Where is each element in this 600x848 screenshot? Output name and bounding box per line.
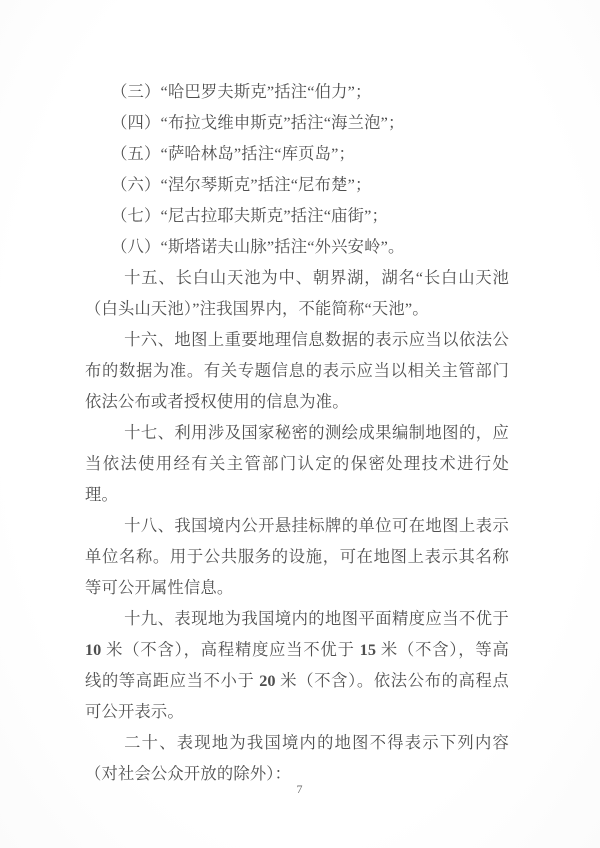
text-run: （六）“涅尔琴斯克”括注“尼布楚”； (111, 175, 371, 194)
list-item: （六）“涅尔琴斯克”括注“尼布楚”； (85, 169, 509, 200)
numeric-value: 15 (360, 640, 376, 659)
paragraph: 二十、表现地为我国境内的地图不得表示下列内容（对社会公众开放的除外）： (85, 727, 509, 789)
list-item: （三）“哈巴罗夫斯克”括注“伯力”； (85, 76, 509, 107)
text-run: 十九、表现地为我国境内的地图平面精度应当不优于 (124, 609, 509, 628)
numeric-value: 20 (259, 671, 275, 690)
paragraph: 十七、利用涉及国家秘密的测绘成果编制地图的，应当依法使用经有关主管部门认定的保密… (85, 417, 509, 510)
text-run: （三）“哈巴罗夫斯克”括注“伯力”； (111, 82, 371, 101)
list-item: （七）“尼古拉耶夫斯克”括注“庙街”； (85, 200, 509, 231)
paragraph: 十八、我国境内公开悬挂标牌的单位可在地图上表示单位名称。用于公共服务的设施，可在… (85, 510, 509, 603)
document-page: （三）“哈巴罗夫斯克”括注“伯力”；（四）“布拉戈维申斯克”括注“海兰泡”；（五… (0, 0, 600, 848)
paragraph: 十五、长白山天池为中、朝界湖，湖名“长白山天池（白头山天池）”注我国界内，不能简… (85, 262, 509, 324)
text-run: 二十、表现地为我国境内的地图不得表示下列内容（对社会公众开放的除外）： (85, 733, 509, 783)
text-run: （四）“布拉戈维申斯克”括注“海兰泡”； (111, 113, 404, 132)
list-item: （五）“萨哈林岛”括注“库页岛”； (85, 138, 509, 169)
text-run: （七）“尼古拉耶夫斯克”括注“庙街”； (111, 206, 388, 225)
text-run: 十六、地图上重要地理信息数据的表示应当以依法公布的数据为准。有关专题信息的表示应… (85, 330, 509, 411)
text-run: 米（不含），高程精度应当不优于 (101, 640, 359, 659)
numeric-value: 10 (85, 640, 101, 659)
paragraph: 十六、地图上重要地理信息数据的表示应当以依法公布的数据为准。有关专题信息的表示应… (85, 324, 509, 417)
text-run: 十七、利用涉及国家秘密的测绘成果编制地图的，应当依法使用经有关主管部门认定的保密… (85, 423, 509, 504)
page-number: 7 (0, 782, 600, 796)
list-item: （四）“布拉戈维申斯克”括注“海兰泡”； (85, 107, 509, 138)
text-run: 十五、长白山天池为中、朝界湖，湖名“长白山天池（白头山天池）”注我国界内，不能简… (85, 268, 509, 318)
text-run: （五）“萨哈林岛”括注“库页岛”； (111, 144, 355, 163)
document-body: （三）“哈巴罗夫斯克”括注“伯力”；（四）“布拉戈维申斯克”括注“海兰泡”；（五… (85, 76, 509, 789)
text-run: （八）“斯塔诺夫山脉”括注“外兴安岭”。 (111, 237, 404, 256)
list-item: （八）“斯塔诺夫山脉”括注“外兴安岭”。 (85, 231, 509, 262)
text-run: 十八、我国境内公开悬挂标牌的单位可在地图上表示单位名称。用于公共服务的设施，可在… (85, 516, 509, 597)
paragraph: 十九、表现地为我国境内的地图平面精度应当不优于 10 米（不含），高程精度应当不… (85, 603, 509, 727)
